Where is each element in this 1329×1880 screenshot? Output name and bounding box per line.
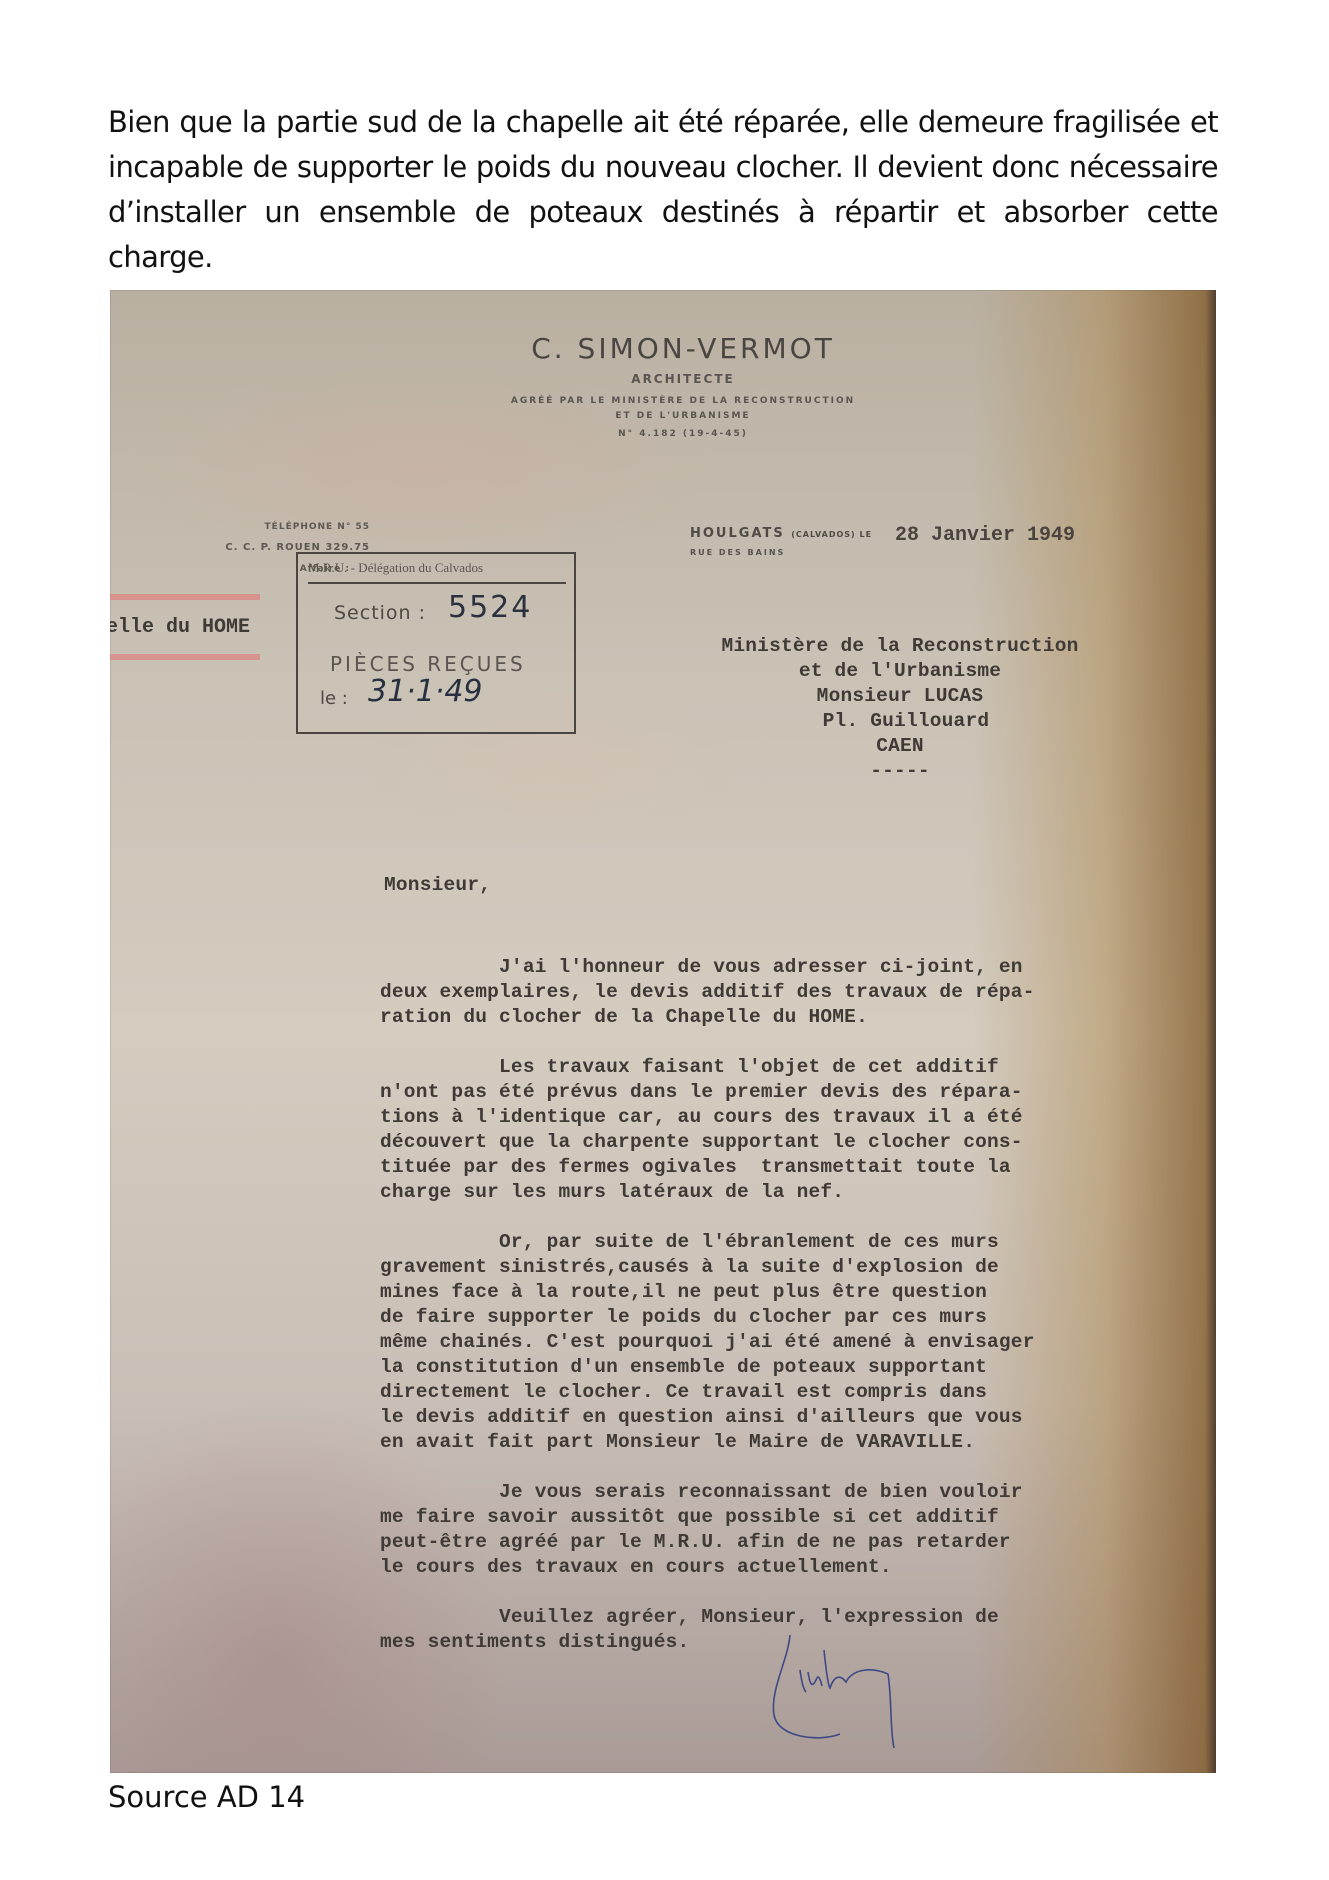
- intro-paragraph: Bien que la partie sud de la chapelle ai…: [108, 100, 1218, 280]
- red-underline-top: [110, 594, 260, 600]
- salutation: Monsieur,: [384, 873, 491, 898]
- stamp-date-value: 31·1·49: [368, 674, 483, 709]
- letter-paragraph: Les travaux faisant l'objet de cet addit…: [380, 1055, 1080, 1205]
- letterhead-name: C. SIMON-VERMOT: [110, 332, 1216, 365]
- telephone: TÉLÉPHONE N° 55: [150, 522, 370, 532]
- letter-date: 28 Janvier 1949: [895, 524, 1075, 547]
- letter-body: J'ai l'honneur de vous adresser ci-joint…: [380, 955, 1080, 1655]
- recipient-line: CAEN: [710, 734, 1090, 759]
- stamp-section-value: 5524: [448, 590, 532, 625]
- letter-paragraph: Veuillez agréer, Monsieur, l'expression …: [380, 1605, 1080, 1655]
- recipient-line: Monsieur LUCAS: [710, 684, 1090, 709]
- letter-paragraph: Or, par suite de l'ébranlement de ces mu…: [380, 1230, 1080, 1455]
- place-name: HOULGATS: [690, 526, 785, 541]
- place: HOULGATS (CALVADOS) LE: [690, 526, 872, 541]
- red-underline-bottom: [110, 654, 260, 660]
- recipient-line: et de l'Urbanisme: [710, 659, 1090, 684]
- stamp-section-label: Section :: [334, 602, 426, 624]
- signature: [760, 1630, 950, 1750]
- place-sub: (CALVADOS) LE: [791, 530, 872, 539]
- stamp-header: M.R.U. - Délégation du Calvados: [308, 560, 566, 584]
- letterhead-agreement-2: ET DE L'URBANISME: [110, 411, 1216, 421]
- recipient-line: -----: [710, 759, 1090, 784]
- recipient-address: Ministère de la Reconstructionet de l'Ur…: [710, 634, 1090, 784]
- letter-photo: C. SIMON-VERMOT ARCHITECTE AGRÉÉ PAR LE …: [110, 290, 1216, 1773]
- recipient-line: Ministère de la Reconstruction: [710, 634, 1090, 659]
- letterhead-number: N° 4.182 (19-4-45): [110, 429, 1216, 439]
- recipient-line: Pl. Guillouard: [710, 709, 1090, 734]
- letterhead-title: ARCHITECTE: [110, 372, 1216, 386]
- stamp-date-label: le :: [320, 688, 348, 709]
- letterhead-agreement-1: AGRÉÉ PAR LE MINISTÈRE DE LA RECONSTRUCT…: [110, 396, 1216, 406]
- street: RUE DES BAINS: [690, 548, 785, 557]
- affaire-value: elle du HOME: [110, 616, 250, 639]
- reception-stamp: M.R.U. - Délégation du Calvados Section …: [296, 552, 576, 734]
- letter-paragraph: J'ai l'honneur de vous adresser ci-joint…: [380, 955, 1080, 1030]
- stamp-received-label: PIÈCES REÇUES: [330, 652, 526, 676]
- source-caption: Source AD 14: [108, 1780, 305, 1814]
- letter-paragraph: Je vous serais reconnaissant de bien vou…: [380, 1480, 1080, 1580]
